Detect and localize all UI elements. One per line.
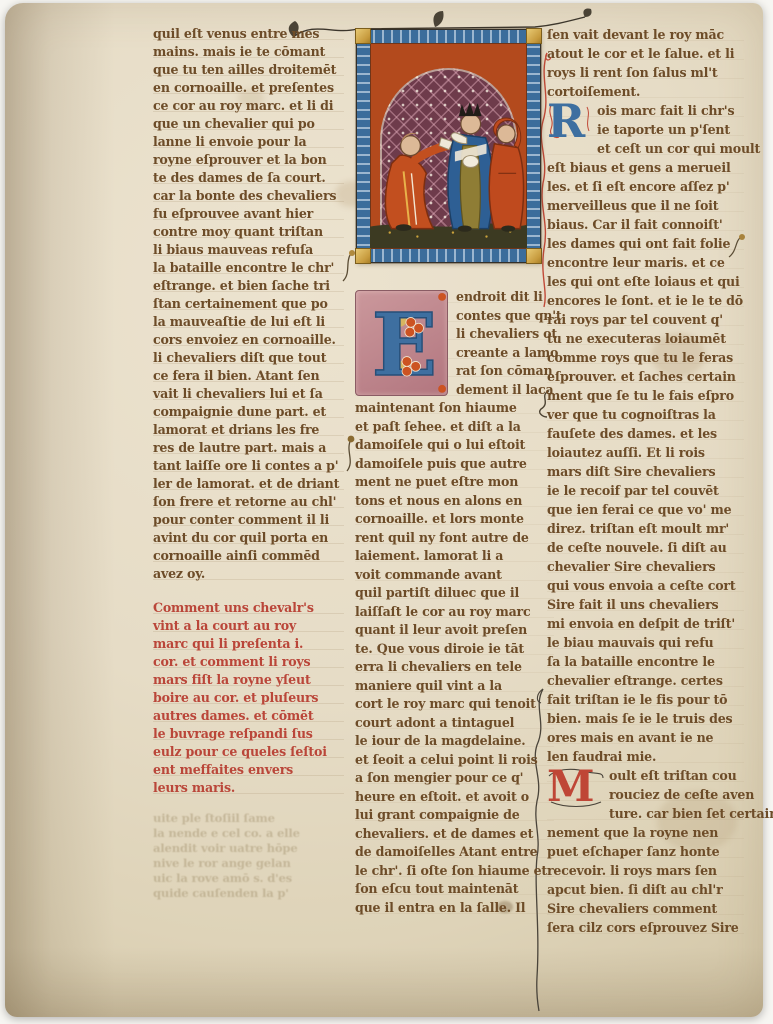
- text-line: que il entra en la ſalle. Il: [355, 899, 554, 918]
- text-line: comme roys que tu le feras: [547, 348, 744, 367]
- text-line: cornoaille. et lors monte: [355, 510, 554, 529]
- text-line: chevalier Sire chevaliers: [547, 557, 744, 576]
- text-line: cort le roy marc qui tenoit: [355, 695, 554, 714]
- text-line: eſprouver. et ſaches certain: [547, 367, 744, 386]
- right-paragraph-2: R ois marc fait li chr'sie taporte un p'…: [547, 101, 744, 766]
- text-line: la mauveaſtie de lui eſt li: [153, 313, 344, 331]
- text-line: ver que tu cognoiſtras la: [547, 405, 744, 424]
- text-line: biaus. Car il fait connoiſt': [547, 215, 744, 234]
- text-line: nive le ror ange gelan: [153, 856, 344, 871]
- text-line: mars fiſt la royne yſeut: [153, 671, 344, 689]
- text-line: fauſete des dames. et les: [547, 424, 744, 443]
- right-text-column: ſen vait devant le roy mācatout le cor e…: [547, 25, 744, 937]
- left-column-text: quil eſt venus entre mesmains. mais ie t…: [153, 25, 344, 583]
- text-line: direz. triſtan eſt moult mr': [547, 519, 744, 538]
- text-line: de ceſte nouvele. ſi diſt au: [547, 538, 744, 557]
- text-line: ſera cilz cors eſprouvez Sire: [547, 918, 744, 937]
- text-line: laiſſaſt le cor au roy marc: [355, 603, 554, 622]
- frame-bottom: [357, 249, 540, 262]
- middle-text-column: E endroit dit licontes que qn'tli cheval…: [355, 25, 554, 917]
- text-line: li chevaliers diſt que tout: [153, 349, 344, 367]
- text-line: uite ple ſtoſiil ſame: [153, 811, 344, 826]
- text-line: li biaus mauveas refuſa: [153, 241, 344, 259]
- text-line: a ſon mengier pour ce q': [355, 769, 554, 788]
- left-text-column: quil eſt venus entre mesmains. mais ie t…: [153, 25, 344, 901]
- text-line: que tu ten ailles droitemēt: [153, 61, 344, 79]
- initial-R-letter: R: [547, 94, 585, 148]
- column-lines: et ceſt un cor qui moulteſt biaus et gen…: [547, 139, 744, 766]
- text-line: lamorat et drians les fre: [153, 421, 344, 439]
- text-line: en cornoaille. et preſentes: [153, 79, 344, 97]
- text-line: alendit voir uatre hōpe: [153, 841, 344, 856]
- column-lines: ture. car bien ſet certainnement que la …: [547, 804, 744, 937]
- right-paragraph-1: ſen vait devant le roy mācatout le cor e…: [547, 25, 744, 101]
- text-line: Comment uns chevalr's: [153, 599, 344, 617]
- text-line: erra li chevaliers en tele: [355, 658, 554, 677]
- text-line: maniere quil vint a la: [355, 677, 554, 696]
- text-line: avint du cor quil porta en: [153, 529, 344, 547]
- text-line: fait triſtan ie le fis pour tō: [547, 690, 744, 709]
- text-line: cor. et comment li roys: [153, 653, 344, 671]
- text-line: nement que la royne nen: [547, 823, 744, 842]
- frame-left: [357, 30, 370, 262]
- text-line: compaignie dune part. et: [153, 403, 344, 421]
- text-line: res de lautre part. mais a: [153, 439, 344, 457]
- initial-M-letter: M: [547, 762, 594, 812]
- text-line: merveilleus que il ne ſoit: [547, 196, 744, 215]
- text-line: quant il leur avoit preſen: [355, 621, 554, 640]
- frame-right: [527, 30, 540, 262]
- text-line: la bataille encontre le chr': [153, 259, 344, 277]
- text-line: ſa la bataille encontre le: [547, 652, 744, 671]
- penwork-initial-M: M: [547, 766, 605, 808]
- text-line: lui grant compaignie de: [355, 806, 554, 825]
- text-line: quide cauſenden la p': [153, 886, 344, 901]
- text-line: et paſt ſehee. et diſt a la: [355, 418, 554, 437]
- text-line: te. Que vous diroie ie tāt: [355, 640, 554, 659]
- text-line: le buvrage reſpandi ſus: [153, 725, 344, 743]
- text-line: ler de lamorat. et de driant: [153, 475, 344, 493]
- text-line: le biau mauvais qui refu: [547, 633, 744, 652]
- miniature-panel: [356, 29, 541, 263]
- frame-top: [357, 30, 540, 43]
- text-line: maintenant ſon hiaume: [355, 399, 554, 418]
- text-line: que ien ferai ce que vo' me: [547, 500, 744, 519]
- text-line: encontre leur maris. et ce: [547, 253, 744, 272]
- text-line: damoiſele puis que autre: [355, 455, 554, 474]
- penwork-initial-R: R: [547, 101, 593, 141]
- text-line: ment que ſe tu le fais eſpro: [547, 386, 744, 405]
- king-marc-crowned: [448, 102, 493, 232]
- gold-corner: [355, 248, 371, 264]
- text-line: chevaliers. et de dames et: [355, 825, 554, 844]
- text-line: eulz pour ce queles ſeſtoi: [153, 743, 344, 761]
- text-line: les dames qui ont fait folie: [547, 234, 744, 253]
- text-line: atout le cor et le ſalue. et li: [547, 44, 744, 63]
- text-line: chevalier eſtrange. certes: [547, 671, 744, 690]
- text-line: leurs maris.: [153, 779, 344, 797]
- right-paragraph-3: M oult eſt triſtan courouciez de ceſte a…: [547, 766, 744, 937]
- gold-corner: [355, 28, 371, 44]
- text-line: encores le ſont. et ie le te dō: [547, 291, 744, 310]
- text-line: car la bonte des chevaliers: [153, 187, 344, 205]
- text-line: mars diſt Sire chevaliers: [547, 462, 744, 481]
- parchment-page: quil eſt venus entre mesmains. mais ie t…: [5, 3, 763, 1017]
- text-line: damoiſele qui o lui eſtoit: [355, 436, 554, 455]
- text-line: lanne li envoie pour la: [153, 133, 344, 151]
- text-line: eſtrange. et bien ſache tri: [153, 277, 344, 295]
- text-line: ores mais en avant ie ne: [547, 728, 744, 747]
- text-line: pour conter comment il li: [153, 511, 344, 529]
- text-line: que un chevalier qui po: [153, 115, 344, 133]
- text-line: puet eſchaper ſanz honte: [547, 842, 744, 861]
- attendant-in-red-hood: [489, 118, 523, 232]
- text-line: loiautez auſſi. Et li rois: [547, 443, 744, 462]
- rubric-text: Comment uns chevalr'svint a la court au …: [153, 599, 344, 797]
- text-line: vait li chevaliers lui et ſa: [153, 385, 344, 403]
- initial-E-letter: E: [372, 295, 437, 395]
- text-line: rent quil ny font autre de: [355, 529, 554, 548]
- text-line: bien. mais ſe ie le truis des: [547, 709, 744, 728]
- text-line: mains. mais ie te cōmant: [153, 43, 344, 61]
- text-line: te des dames de ſa court.: [153, 169, 344, 187]
- text-line: fu eſprouvee avant hier: [153, 205, 344, 223]
- text-line: tons et nous en alons en: [355, 492, 554, 511]
- text-line: apcut bien. ſi diſt au chl'r: [547, 880, 744, 899]
- text-line: tant laiſſe ore li contes a p': [153, 457, 344, 475]
- middle-column-text: E endroit dit licontes que qn'tli cheval…: [355, 288, 554, 917]
- text-line: de damoiſelles Atant entre: [355, 843, 554, 862]
- text-line: la nende e cel co. a elle: [153, 826, 344, 841]
- text-line: cornoaille ainſi commēd: [153, 547, 344, 565]
- initial-E-artwork: E: [356, 291, 447, 395]
- text-line: ent meffaites envers: [153, 761, 344, 779]
- text-line: contre moy quant triſtan: [153, 223, 344, 241]
- text-line: Sire fait il uns chevaliers: [547, 595, 744, 614]
- text-line: quil eſt venus entre mes: [153, 25, 344, 43]
- text-line: ce cor au roy marc. et li di: [153, 97, 344, 115]
- text-line: ce fera il bien. Atant ſen: [153, 367, 344, 385]
- text-line: roys li rent ſon ſalus ml't: [547, 63, 744, 82]
- text-line: et ſeoit a celui point li rois: [355, 751, 554, 770]
- text-line: marc qui li preſenta i.: [153, 635, 344, 653]
- text-line: Sire chevaliers comment: [547, 899, 744, 918]
- text-line: les. et ſi eſt encore aſſez p': [547, 177, 744, 196]
- text-line: laiement. lamorat li a: [355, 547, 554, 566]
- text-line: royne eſprouver et la bon: [153, 151, 344, 169]
- gold-corner: [526, 28, 542, 44]
- text-line: le chr'. ſi oſte ſon hiaume et: [355, 862, 554, 881]
- text-line: voit commande avant: [355, 566, 554, 585]
- text-line: ſon eſcu tout maintenāt: [355, 880, 554, 899]
- text-line: ſtan certainement que po: [153, 295, 344, 313]
- text-line: ſen vait devant le roy māc: [547, 25, 744, 44]
- text-line: les qui ont eſte loiaus et qui: [547, 272, 744, 291]
- text-line: recevoir. li roys mars ſen: [547, 861, 744, 880]
- text-line: vint a la court au roy: [153, 617, 344, 635]
- kneeling-knight-in-red: [385, 133, 453, 231]
- text-line: uic la rove amō s. d'es: [153, 871, 344, 886]
- text-line: avez oy.: [153, 565, 344, 583]
- text-line: rai roys par tel couvent q': [547, 310, 744, 329]
- bottom-edge-shadow: [5, 947, 763, 1017]
- text-line: cors envoiez en cornoaille.: [153, 331, 344, 349]
- text-line: mi envoia en deſpit de triſt': [547, 614, 744, 633]
- decorated-initial-E: E: [355, 290, 448, 396]
- bleedthrough-text: uite ple ſtoſiil ſamela nende e cel co. …: [153, 811, 344, 901]
- gold-corner: [526, 248, 542, 264]
- column-lines: maintenant ſon hiaumeet paſt ſehee. et d…: [355, 399, 554, 917]
- text-line: le iour de la magdelaine.: [355, 732, 554, 751]
- text-line: eſt biaus et gens a merueil: [547, 158, 744, 177]
- text-line: court adont a tintaguel: [355, 714, 554, 733]
- text-line: ment ne puet eſtre mon: [355, 473, 554, 492]
- text-line: quil partiſt diluec que il: [355, 584, 554, 603]
- text-line: heure en eſtoit. et avoit o: [355, 788, 554, 807]
- text-line: autres dames. et cōmēt: [153, 707, 344, 725]
- text-line: tu ne executeras loiaumēt: [547, 329, 744, 348]
- miniature-scene: [370, 43, 527, 248]
- text-line: qui vous envoia a ceſte cort: [547, 576, 744, 595]
- text-line: ſon frere et retorne au chl': [153, 493, 344, 511]
- gutter-shadow: [5, 3, 115, 1017]
- text-line: ie le recoif par tel couvēt: [547, 481, 744, 500]
- text-line: boire au cor. et pluſeurs: [153, 689, 344, 707]
